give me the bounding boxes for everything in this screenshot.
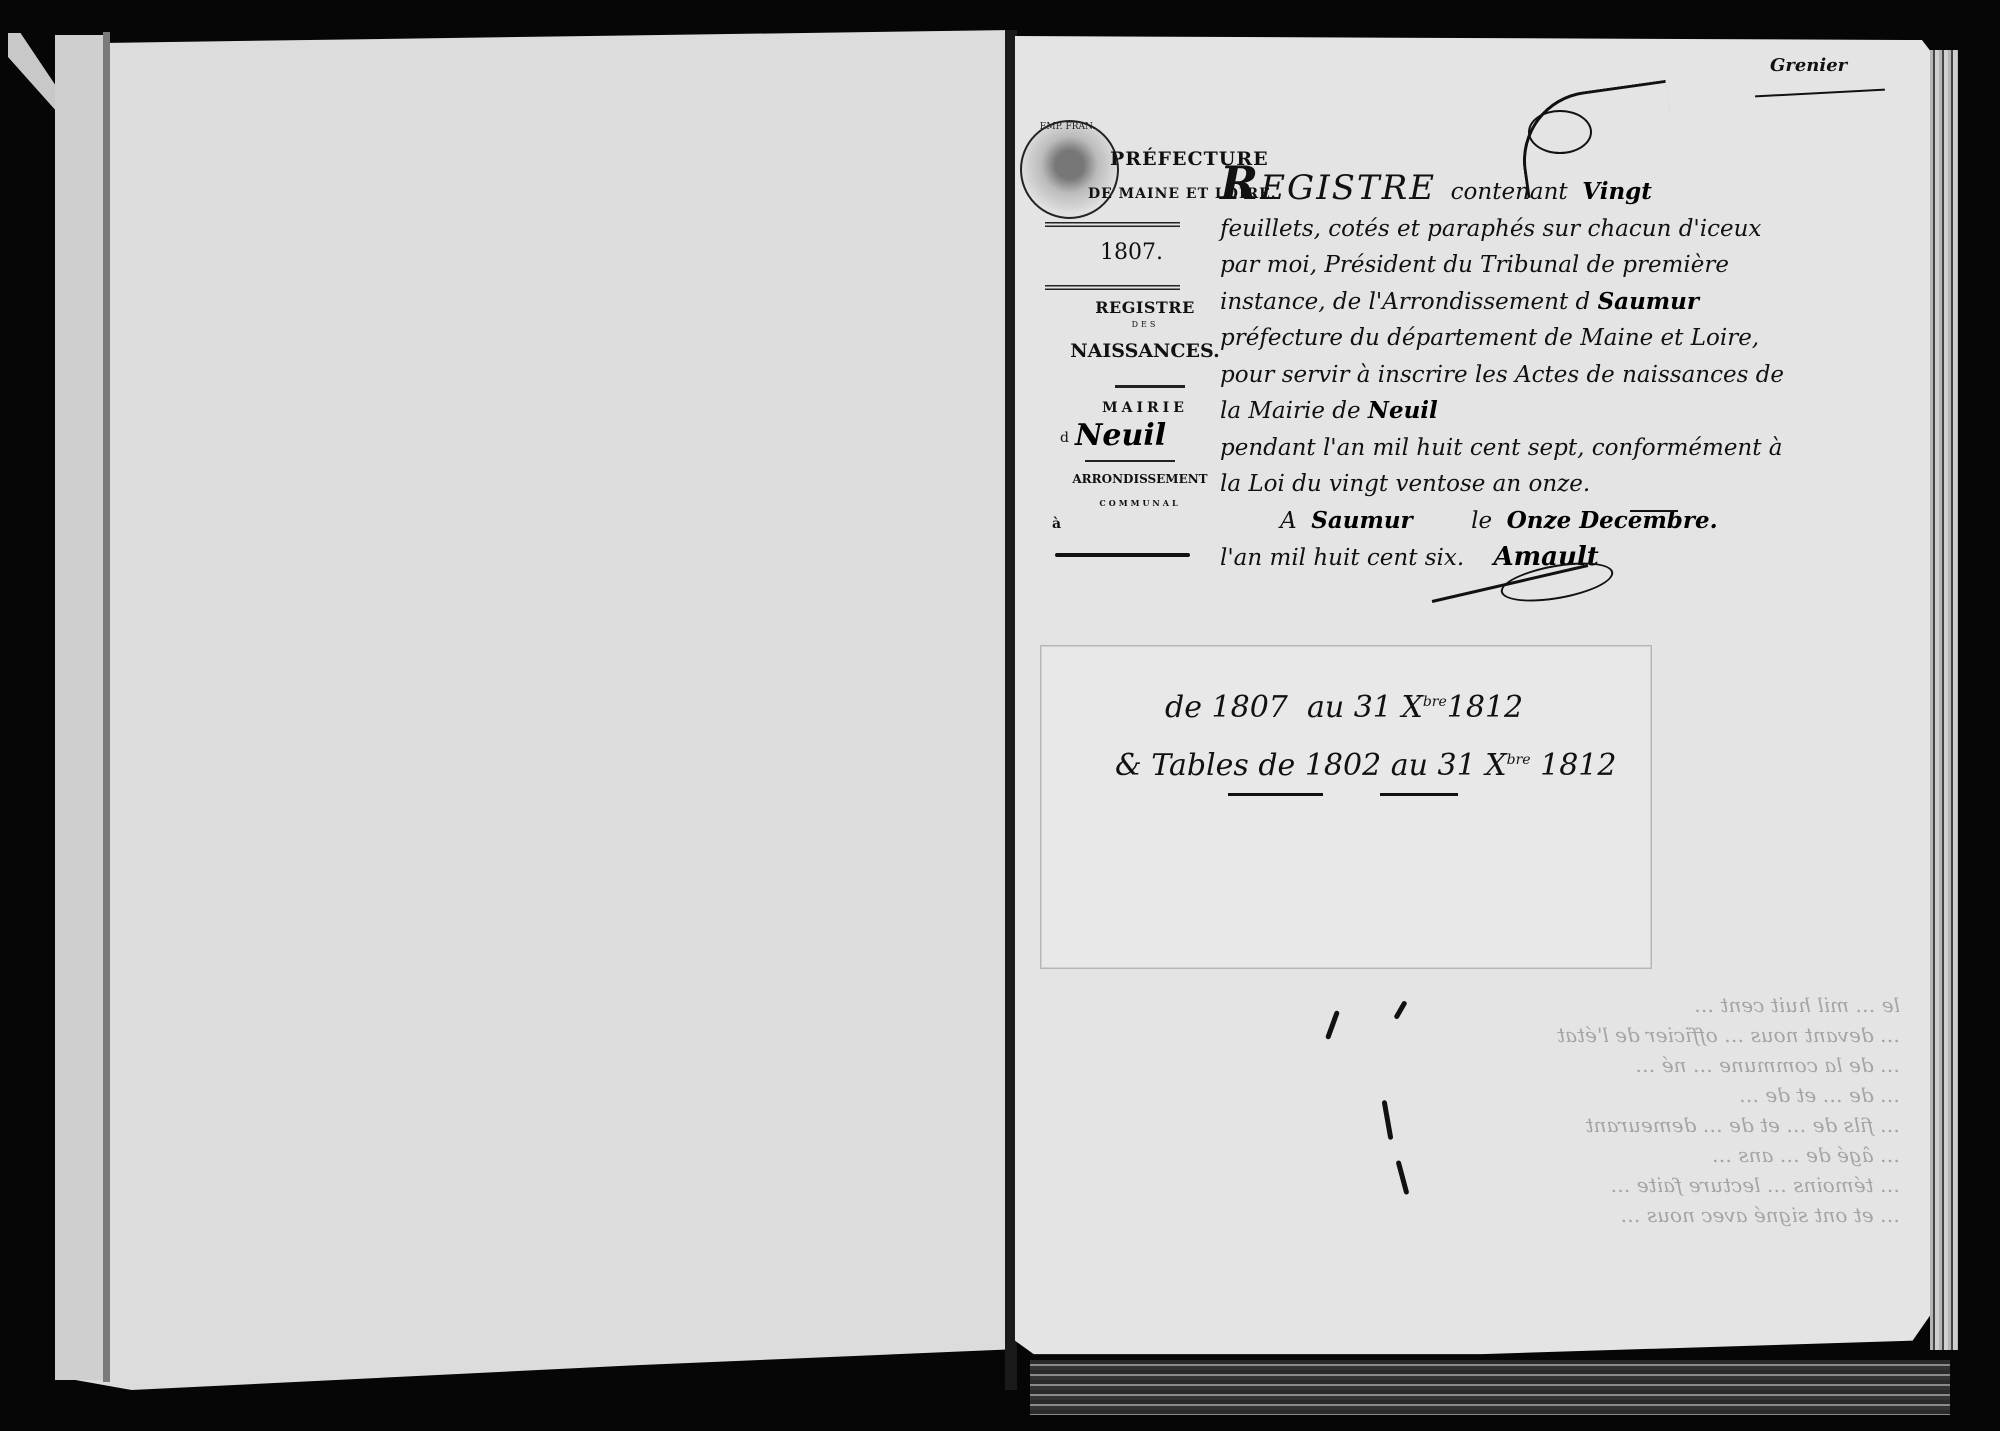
margin-arrondissement: ARRONDISSEMENT <box>1045 472 1235 486</box>
body-line-7: la Mairie de Neuil <box>1220 393 1810 430</box>
divider <box>1045 222 1180 227</box>
label-underline <box>1228 793 1323 796</box>
title-line: REGISTRE contenant Vingt <box>1220 165 1810 211</box>
scanned-register-spread: Grenier EMP. FRAN. PRÉFECTURE DE MAINE E… <box>0 0 2000 1431</box>
margin-naissances: NAISSANCES. <box>1070 340 1220 362</box>
handwritten-date: Onze Decembre. <box>1507 507 1718 534</box>
register-certificate-body: REGISTRE contenant Vingt feuillets, coté… <box>1220 165 1810 577</box>
bottom-page-edges <box>1030 1360 1950 1415</box>
label-date-range: de 1807 au 31 Xbre1812 <box>1165 690 1523 725</box>
body-line-9: la Loi du vingt ventose an onze. <box>1220 466 1810 503</box>
margin-mairie-prefix: d <box>1060 430 1069 446</box>
margin-des: DES <box>1080 320 1210 329</box>
handwritten-leaf-count: Vingt <box>1582 178 1652 205</box>
body-line-5: préfecture du département de Maine et Lo… <box>1220 320 1810 357</box>
page-edges-stack <box>1930 50 1958 1350</box>
left-page-corner-fold <box>8 33 58 113</box>
imperial-seal-icon <box>1020 120 1119 219</box>
handwritten-mairie: Neuil <box>1368 397 1438 424</box>
handwritten-arrondissement: Saumur <box>1598 288 1699 315</box>
register-year: 1807. <box>1100 240 1163 265</box>
margin-mairie: MAIRIE <box>1080 400 1210 416</box>
margin-mairie-name: Neuil <box>1075 418 1166 453</box>
label-tables-range: & Tables de 1802 au 31 Xbre 1812 <box>1115 748 1616 783</box>
body-line-8: pendant l'an mil huit cent sept, conform… <box>1220 430 1810 467</box>
left-page-blank <box>55 30 1013 1390</box>
bleed-through-text: le … mil huit cent … … devant nous … off… <box>1040 990 1900 1230</box>
label-underline <box>1380 793 1458 796</box>
handwritten-place: Saumur <box>1311 507 1412 534</box>
body-line-4: instance, de l'Arrondissement d Saumur <box>1220 284 1810 321</box>
contenant-text: contenant <box>1451 179 1568 205</box>
brace-divider <box>1055 553 1190 557</box>
divider <box>1045 285 1180 290</box>
margin-a: à <box>1052 516 1061 532</box>
fill-line <box>1630 510 1678 512</box>
body-line-3: par moi, Président du Tribunal de premiè… <box>1220 247 1810 284</box>
body-line-11: l'an mil huit cent six. Amault <box>1220 539 1810 577</box>
left-page-margin-shadow <box>103 32 110 1382</box>
top-paraphe: Grenier <box>1770 55 1847 76</box>
margin-communal: COMMUNAL <box>1045 498 1235 508</box>
left-page-edge <box>55 35 103 1380</box>
register-title: REGISTRE <box>1220 168 1436 208</box>
divider <box>1085 460 1175 462</box>
body-line-6: pour servir à inscrire les Actes de nais… <box>1220 357 1810 394</box>
body-line-2: feuillets, cotés et paraphés sur chacun … <box>1220 211 1810 248</box>
body-line-10: A Saumur le Onze Decembre. <box>1220 503 1810 540</box>
seal-legend: EMP. FRAN. <box>1020 122 1115 132</box>
divider <box>1115 385 1185 388</box>
vingt-flourish-loop <box>1528 110 1592 154</box>
margin-registre: REGISTRE <box>1080 298 1210 317</box>
